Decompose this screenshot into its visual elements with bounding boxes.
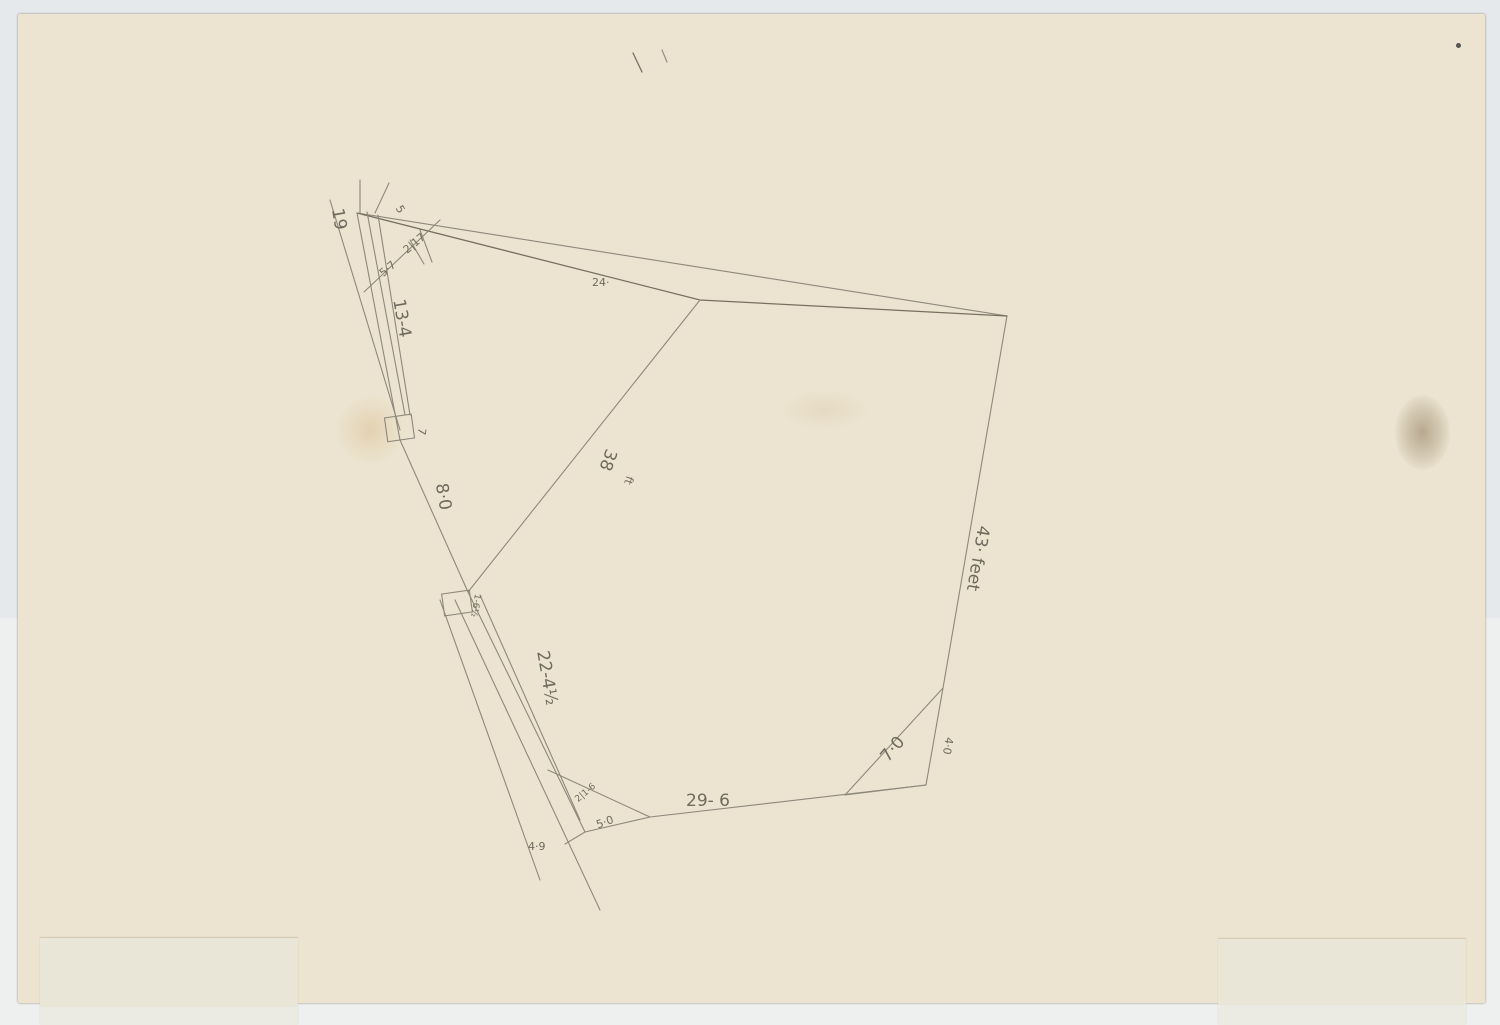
label-bottom-left-5: 5·0 [594, 813, 615, 831]
corner-chord [548, 770, 650, 817]
corner-edge [845, 785, 926, 795]
survey-sketch: 19 5 5·7 2|17 13-4 24· 7 8·0 38 ft 43· f… [0, 0, 1500, 1025]
tick [565, 832, 585, 844]
label-right-side: 43· feet [962, 524, 993, 593]
label-bottom-right-side: 4·0 [940, 736, 956, 755]
label-top-left-segment: 13-4 [388, 298, 414, 339]
top-mark-stroke [633, 53, 642, 72]
tape-strip-right-overhang [1218, 1005, 1466, 1025]
label-small-5: 5 [393, 203, 408, 216]
left-boundary-outer [330, 200, 400, 430]
tape-strip-left-overhang [40, 1007, 298, 1025]
left-boundary-mid [400, 440, 468, 592]
label-diagonal-mark: ft [621, 474, 636, 487]
left-lower-boundary [468, 592, 585, 832]
left-lower-inner [480, 595, 580, 820]
plot-outline [357, 213, 1007, 832]
label-top-left-fraction: 2|17 [401, 230, 428, 256]
diagonal-line [468, 300, 700, 592]
label-bottom-right-diag: 7·0 [877, 733, 910, 767]
tick [375, 183, 389, 213]
label-top-edge: 24· [592, 276, 610, 289]
left-lower-outer [440, 600, 540, 880]
top-mark-stroke [662, 50, 667, 62]
label-bottom-left-outer: 4·9 [528, 840, 546, 853]
label-top-left-side: 19 [327, 207, 350, 232]
label-left-segment: 8·0 [431, 482, 455, 512]
label-left-box: 7 [415, 427, 429, 436]
left-lower-outer2 [455, 600, 600, 910]
label-diagonal: 38 [594, 446, 620, 473]
label-bottom-left-small: 2|1-6 [573, 782, 598, 805]
label-bottom: 29- 6 [686, 791, 730, 811]
label-left-lower-segment: 22-4½ [532, 649, 561, 707]
